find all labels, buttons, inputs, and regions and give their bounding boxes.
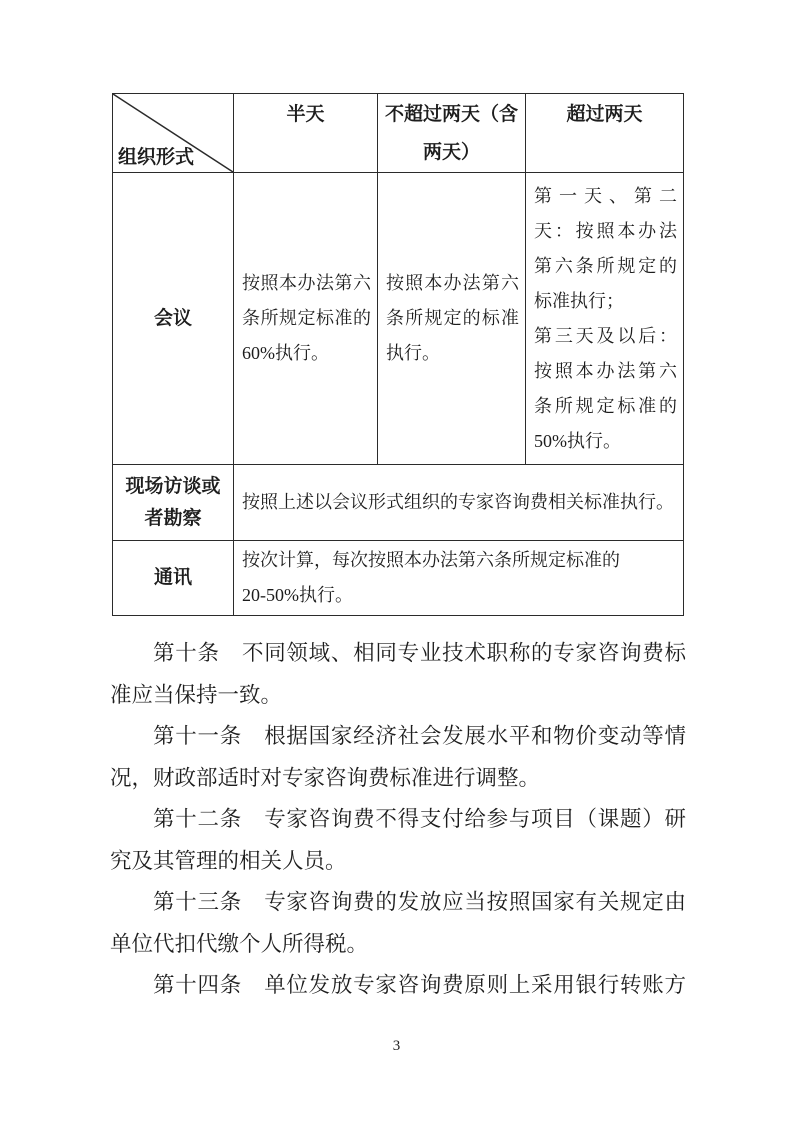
cell-meeting-over-two-days: 第一天、第二天：按照本办法第六条所规定的标准执行； 第三天及以后：按照本办法第六… xyxy=(526,173,684,465)
paragraph-article-10: 第十条 不同领域、相同专业技术职称的专家咨询费标准应当保持一致。 xyxy=(110,633,686,716)
table-row-meeting: 会议 按照本办法第六条所规定标准的60%执行。 按照本办法第六条所规定的标准执行… xyxy=(113,173,684,465)
cell-meeting-up-to-two-days: 按照本办法第六条所规定的标准执行。 xyxy=(378,173,526,465)
table-header-row: 组织形式 半天 不超过两天（含两天） 超过两天 xyxy=(113,94,684,173)
col-header-over-two-days: 超过两天 xyxy=(526,94,684,173)
corner-label-organization-form: 组织形式 xyxy=(118,142,194,169)
paragraph-article-11: 第十一条 根据国家经济社会发展水平和物价变动等情况，财政部适时对专家咨询费标准进… xyxy=(110,716,686,799)
corner-header-cell: 组织形式 xyxy=(113,94,234,173)
article-paragraphs: 第十条 不同领域、相同专业技术职称的专家咨询费标准应当保持一致。 第十一条 根据… xyxy=(110,633,686,1007)
cell-site-visit-standard: 按照上述以会议形式组织的专家咨询费相关标准执行。 xyxy=(234,465,684,541)
row-label-communication: 通讯 xyxy=(113,541,234,616)
cell-meeting-half-day: 按照本办法第六条所规定标准的60%执行。 xyxy=(234,173,378,465)
col-header-up-to-two-days: 不超过两天（含两天） xyxy=(378,94,526,173)
table-row-site-visit: 现场访谈或者勘察 按照上述以会议形式组织的专家咨询费相关标准执行。 xyxy=(113,465,684,541)
expert-fee-table: 组织形式 半天 不超过两天（含两天） 超过两天 会议 按照本办法第六条所规定标准… xyxy=(112,93,684,616)
paragraph-article-14: 第十四条 单位发放专家咨询费原则上采用银行转账方 xyxy=(110,965,686,1007)
page-number: 3 xyxy=(0,1038,793,1055)
paragraph-article-13: 第十三条 专家咨询费的发放应当按照国家有关规定由单位代扣代缴个人所得税。 xyxy=(110,882,686,965)
col-header-half-day: 半天 xyxy=(234,94,378,173)
table-row-communication: 通讯 按次计算，每次按照本办法第六条所规定标准的 20-50%执行。 xyxy=(113,541,684,616)
row-label-meeting: 会议 xyxy=(113,173,234,465)
document-page: 组织形式 半天 不超过两天（含两天） 超过两天 会议 按照本办法第六条所规定标准… xyxy=(0,0,793,1122)
cell-communication-standard: 按次计算，每次按照本办法第六条所规定标准的 20-50%执行。 xyxy=(234,541,684,616)
paragraph-article-12: 第十二条 专家咨询费不得支付给参与项目（课题）研究及其管理的相关人员。 xyxy=(110,799,686,882)
row-label-site-visit-or-survey: 现场访谈或者勘察 xyxy=(113,465,234,541)
